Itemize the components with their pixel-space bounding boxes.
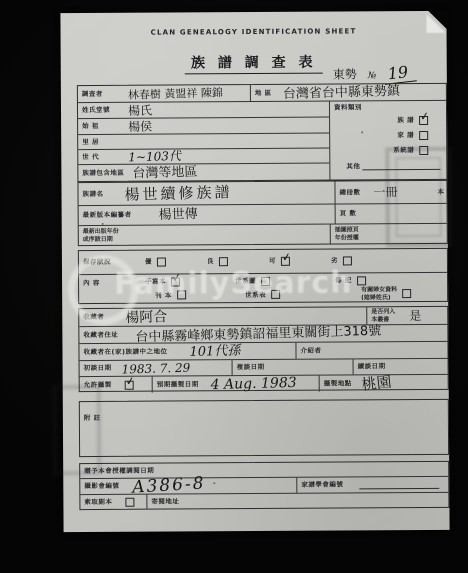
third-interview-label: 續談日期: [354, 362, 396, 372]
film-date-label: 預期攝製日期: [153, 379, 211, 389]
section-archive: 贈予本會授權調閱日期 攝影會編號 A386-8 家譜學會編號 索取副本 寄閱地址: [79, 461, 449, 510]
section-owner: 收藏者 楊阿合 是否列入 本叢書 是 收藏者住址 台中縣霧峰鄉東勢鎮詔福里東關街…: [78, 306, 449, 392]
genealogy-name-value: 楊世續修族譜: [124, 185, 232, 203]
checkbox-biography: [357, 276, 366, 285]
surveyor-label: 調查者: [78, 89, 128, 99]
residence-label: 里 居: [78, 137, 128, 147]
checkbox-film-permit: ✓: [125, 380, 134, 389]
coverage-label: 族譜包含地區: [78, 168, 132, 178]
checkbox-fair: ✓: [281, 257, 290, 266]
scanned-genealogy-sheet: { "page": { "header": "CLAN GENEALOGY ID…: [0, 0, 468, 573]
row-owner: 收藏者 楊阿合 是否列入 本叢書 是: [79, 307, 447, 327]
introducer-label: 介紹者: [296, 346, 323, 356]
area-label: 地 區: [251, 88, 283, 98]
film-place-value: 桃園: [361, 374, 392, 392]
second-interview-label: 複談日期: [233, 362, 275, 372]
number-symbol: №: [368, 71, 377, 81]
scanned-paper: CLAN GENEALOGY IDENTIFICATION SHEET 族 譜 …: [60, 11, 449, 532]
pubyear-label: 最新出版年份 或序跋日期: [79, 228, 121, 244]
row-surname: 姓氏堂號 楊氏: [78, 102, 329, 120]
bleedthrough-seal-left: [53, 385, 102, 475]
watermark-text: FamilySearch: [114, 265, 353, 301]
owner-position-label: 收藏者在(家)族譜中之地位: [79, 346, 189, 357]
bleedthrough-seal-right: [385, 147, 452, 247]
material-option: 族 譜 ✓: [334, 115, 428, 126]
owner-address-value: 台中縣霧峰鄉東勢鎮詔福里東關街上318號: [135, 324, 381, 344]
document-number: 東勢 № 19: [333, 63, 443, 84]
owner-position-value: 101代孫: [189, 344, 240, 358]
row-ancestor: 始 祖 楊侯: [78, 118, 329, 136]
row-filming: 允許攝製 ✓ 預期攝製日期 4 Aug. 1983 攝製地點 桃園: [80, 375, 448, 393]
generations-value: 1~103代: [128, 150, 181, 163]
pages-label: 頁 數: [336, 209, 374, 219]
ancestor-label: 始 祖: [78, 121, 128, 131]
section-notes: 附 註: [79, 399, 449, 457]
row-generations: 世 代 1~103代: [78, 149, 329, 166]
area-value: 台灣省台中縣東勢鎮: [283, 84, 400, 100]
included-value: 是: [409, 309, 421, 321]
first-interview-label: 初談日期: [80, 363, 122, 373]
form-header: CLAN GENEALOGY IDENTIFICATION SHEET: [61, 27, 447, 37]
scan-speck: [213, 482, 215, 484]
surname-label: 姓氏堂號: [78, 105, 128, 115]
checkbox-copy-request: [125, 497, 134, 506]
film-place-label: 攝製地點: [320, 378, 362, 388]
illustration-label: 插圖照頁 年份授權: [331, 226, 361, 242]
generations-label: 世 代: [78, 152, 128, 162]
owner-address-label: 收藏者住址: [79, 330, 135, 340]
surveyor-value: 林春樹 黃盟祥 陳錦: [128, 87, 223, 101]
checkbox-good: [219, 257, 228, 266]
film-number-label: 攝影會編號: [80, 481, 132, 491]
checkbox-poor: [343, 256, 352, 265]
compiler-label: 最新版本編纂者: [79, 210, 159, 221]
row-residence: 里 居: [78, 134, 329, 151]
coverage-value: 台灣等地區: [132, 165, 197, 180]
region-tag: 東勢: [333, 68, 357, 81]
row-coverage: 族譜包含地區 台灣等地區: [78, 164, 329, 182]
film-date-value: 4 Aug. 1983: [211, 376, 297, 392]
included-label: 是否列入 本叢書: [367, 308, 409, 324]
society-number-line: [359, 480, 439, 489]
society-number-label: 家譜學會編號: [297, 480, 359, 491]
first-interview-value: 1983. 7. 29: [121, 361, 190, 375]
volumes-label: 總冊數: [335, 187, 373, 197]
surname-value: 楊氏: [128, 104, 152, 117]
material-other-label: 其他: [342, 161, 362, 171]
checkbox-women-data: [402, 289, 411, 298]
ancestor-value: 楊侯: [128, 120, 152, 133]
notes-box: 附 註: [80, 400, 448, 427]
mailing-address-label: 寄閱地址: [147, 496, 181, 506]
scan-speck: [102, 223, 104, 225]
women-data-label: 有關婦女資料 (媳婦姓氏): [357, 286, 399, 302]
owner-value: 楊阿合: [125, 310, 167, 325]
copy-request-label: 索取副本: [80, 497, 122, 507]
compiler-value: 楊世傳: [158, 208, 197, 222]
checkbox-excellent: [157, 258, 166, 267]
genealogy-name-label: 族譜名: [78, 189, 124, 199]
checkbox-zupu: ✓: [419, 116, 428, 125]
material-option: 家 譜: [334, 130, 428, 141]
number-value: 19: [383, 61, 417, 84]
checkbox-jiapu: [419, 131, 428, 140]
row-copy-request: 索取副本 寄閱地址: [80, 493, 448, 509]
scan-speck: [361, 131, 363, 133]
